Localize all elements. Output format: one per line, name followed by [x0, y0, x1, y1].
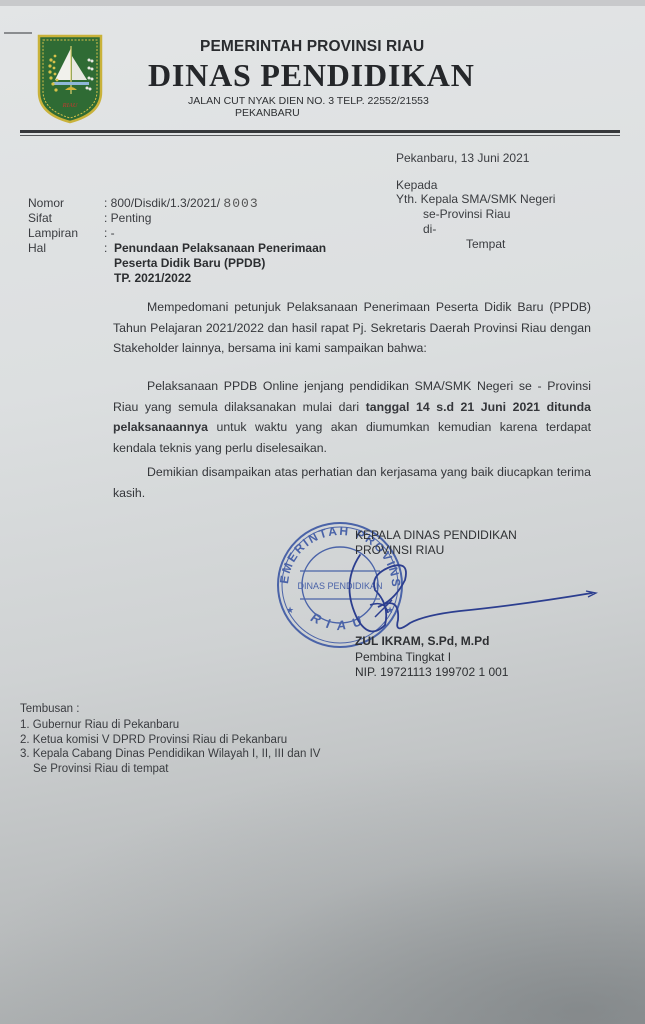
letterhead-rule-thin [20, 135, 620, 136]
recipient-line: Yth. Kepala SMA/SMK Negeri [396, 192, 555, 206]
meta-label-sifat: Sifat [28, 211, 52, 225]
svg-text:★: ★ [286, 605, 294, 615]
meta-value-sifat: : Penting [104, 211, 151, 225]
recipient-line: di- [423, 222, 436, 236]
signatory-name: ZUL IKRAM, S.Pd, M.Pd [355, 634, 489, 648]
meta-value-lampiran: : - [104, 226, 115, 240]
agency-city: PEKANBARU [235, 107, 300, 119]
cc-item: Se Provinsi Riau di tempat [33, 763, 169, 775]
signatory-rank: Pembina Tingkat I [355, 650, 451, 664]
recipient-line: se-Provinsi Riau [423, 207, 510, 221]
svg-text:RIAU: RIAU [62, 102, 79, 109]
signatory-nip: NIP. 19721113 199702 1 001 [355, 665, 508, 679]
recipient-line: Tempat [466, 237, 505, 251]
subject-line: Peserta Didik Baru (PPDB) [114, 256, 265, 270]
cc-item: 1. Gubernur Riau di Pekanbaru [20, 719, 179, 731]
meta-colon-hal: : [104, 241, 107, 255]
meta-label-hal: Hal [28, 241, 46, 255]
meta-value-nomor: : 800/Disdik/1.3/2021/ 8003 [104, 196, 259, 211]
cc-item: 2. Ketua komisi V DPRD Provinsi Riau di … [20, 734, 287, 746]
paper-mark [4, 32, 32, 34]
recipient-label: Kepada [396, 178, 437, 192]
body-paragraph-1: Mempedomani petunjuk Pelaksanaan Penerim… [113, 297, 591, 359]
photo-shadow [0, 760, 645, 1024]
body-paragraph-2: Pelaksanaan PPDB Online jenjang pendidik… [113, 376, 591, 458]
subject-line: Penundaan Pelaksanaan Penerimaan [114, 241, 326, 255]
body-text: Demikian disampaikan atas perhatian dan … [113, 465, 591, 500]
agency-address: JALAN CUT NYAK DIEN NO. 3 TELP. 22552/21… [188, 95, 429, 107]
letter-date: Pekanbaru, 13 Juni 2021 [396, 151, 529, 165]
stamped-number: 8003 [223, 196, 258, 211]
cc-label: Tembusan : [20, 703, 79, 715]
agency-name: DINAS PENDIDIKAN [148, 57, 475, 94]
body-text: Mempedomani petunjuk Pelaksanaan Penerim… [113, 300, 591, 355]
cc-item: 3. Kepala Cabang Dinas Pendidikan Wilaya… [20, 748, 320, 760]
government-name: PEMERINTAH PROVINSI RIAU [200, 38, 424, 56]
meta-label-lampiran: Lampiran [28, 226, 78, 240]
meta-label-nomor: Nomor [28, 196, 64, 210]
riau-emblem-icon: RIAU [37, 34, 103, 124]
photo-top-edge [0, 0, 645, 6]
letter-number: : 800/Disdik/1.3/2021/ [104, 196, 220, 210]
subject-line: TP. 2021/2022 [114, 271, 191, 285]
body-paragraph-3: Demikian disampaikan atas perhatian dan … [113, 462, 591, 503]
signatory-title: KEPALA DINAS PENDIDIKAN [355, 528, 517, 542]
letterhead-rule [20, 130, 620, 133]
